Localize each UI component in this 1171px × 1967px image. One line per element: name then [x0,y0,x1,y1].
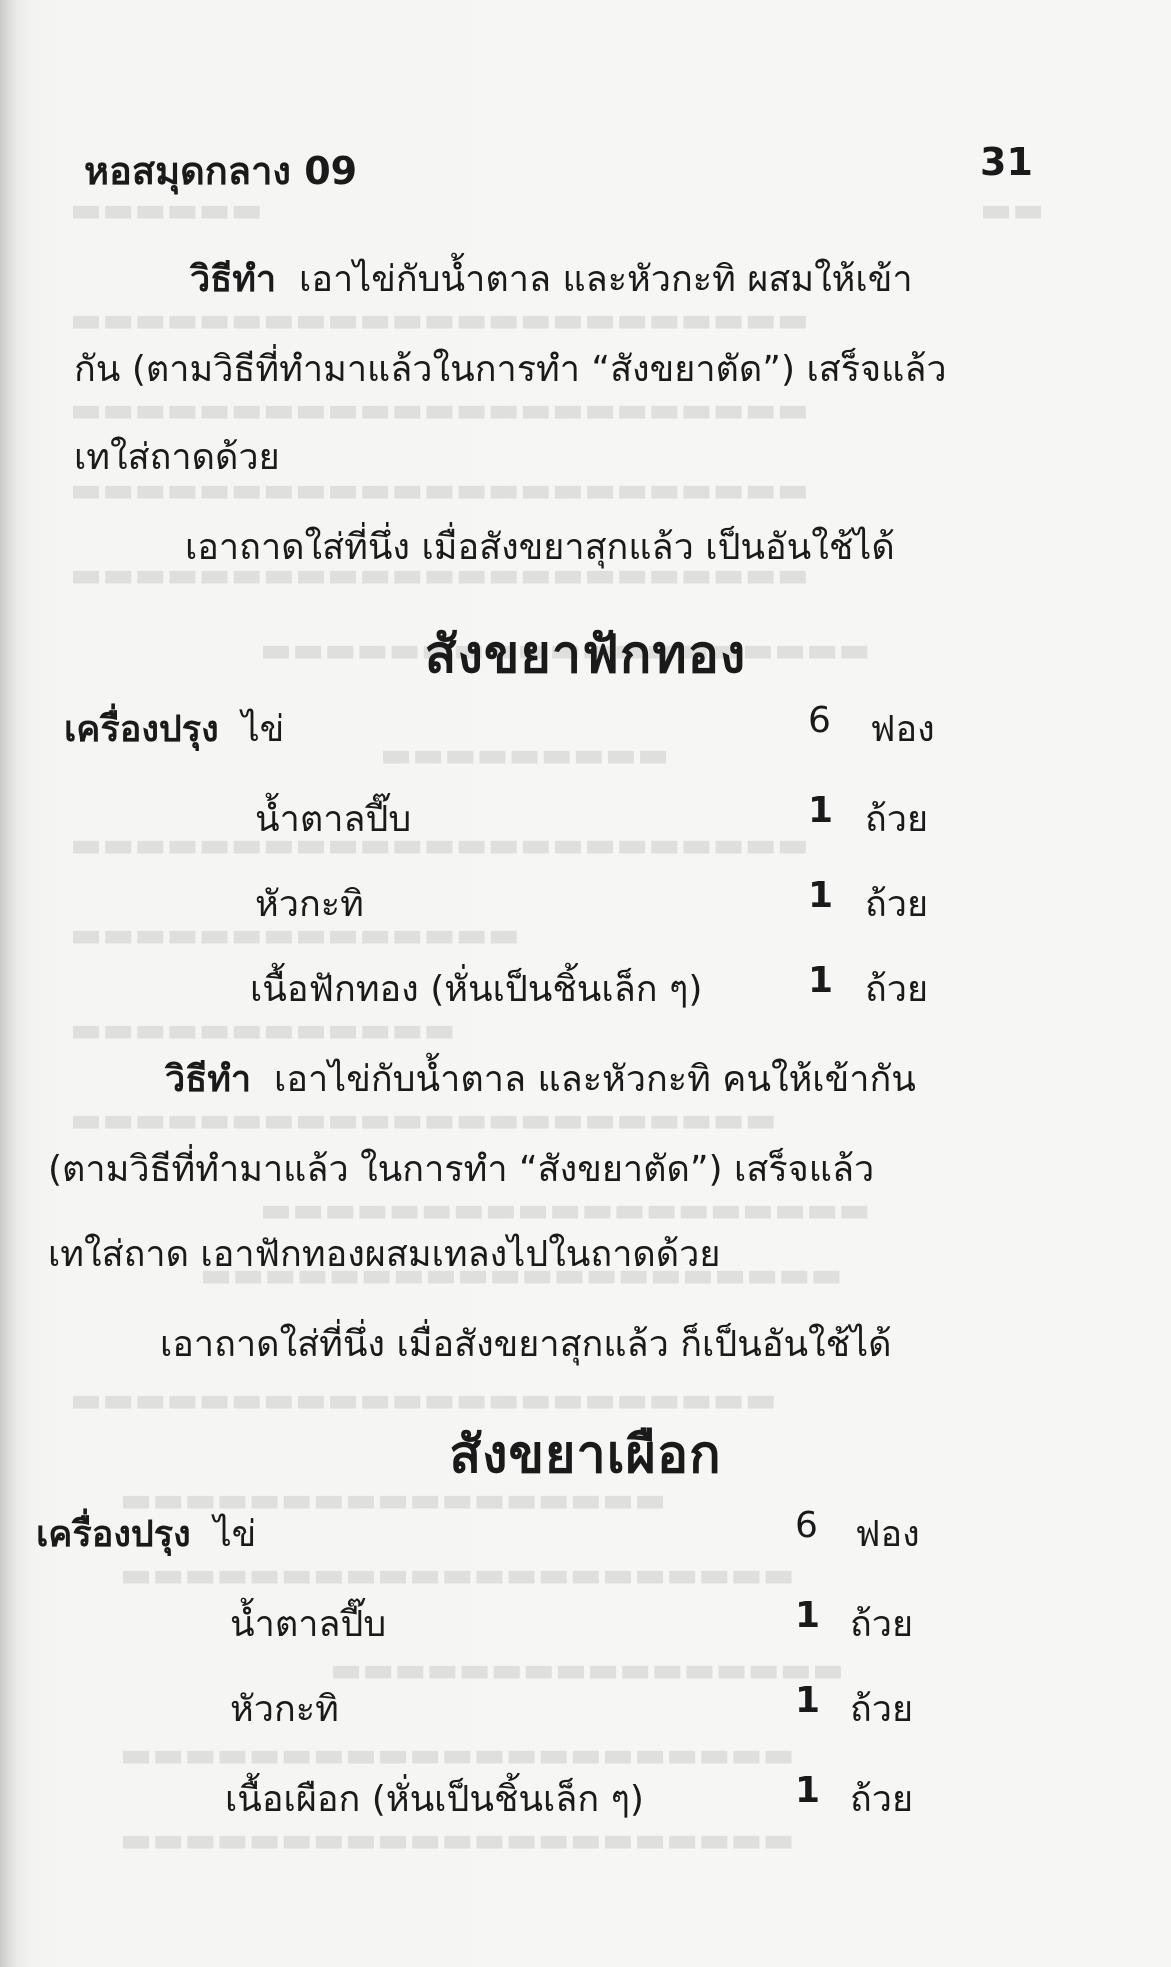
ingredients-label: เครื่องปรุง [64,709,219,750]
method-text-line: เทใส่ถาด เอาฟักทองผสมเทลงไปในถาดด้วย [48,1225,720,1282]
method-label: วิธีทำ [190,259,276,300]
ingredient-qty: 6 [808,700,831,741]
ingredient-name: เนื้อฟักทอง (หั่นเป็นชิ้นเล็ก ๆ) [250,960,702,1017]
ingredient-row: เครื่องปรุง ไข่ [36,1505,256,1562]
ingredient-name: เนื้อเผือก (หั่นเป็นชิ้นเล็ก ๆ) [225,1770,644,1827]
method-paragraph: วิธีทำ เอาไข่กับน้ำตาล และหัวกะทิ ผสมให้… [190,250,913,307]
bleed-through-text: ▬▬▬▬▬▬▬▬▬ [380,735,669,775]
ingredient-unit: ถ้วย [865,790,928,847]
page-number: 31 [980,140,1033,184]
ingredient-unit: ถ้วย [850,1770,913,1827]
running-header: หอสมุดกลาง 09 [84,140,357,201]
method-paragraph: วิธีทำ เอาไข่กับน้ำตาล และหัวกะทิ คนให้เ… [165,1050,916,1107]
method-text: เอาไข่กับน้ำตาล และหัวกะทิ คนให้เข้ากัน [274,1059,916,1100]
ingredient-qty: 1 [808,875,833,916]
ingredient-name: หัวกะทิ [255,875,364,932]
ingredient-unit: ฟอง [870,700,935,757]
ingredient-qty: 1 [808,790,833,831]
ingredient-name: น้ำตาลปี๊บ [230,1595,386,1652]
recipe-title: สังขยาเผือก [0,1412,1171,1495]
ingredient-qty: 1 [795,1770,820,1811]
ingredient-unit: ถ้วย [850,1595,913,1652]
ingredient-unit: ถ้วย [850,1680,913,1737]
method-text-line: (ตามวิธีที่ทำมาแล้ว ในการทำ “สังขยาตัด”)… [48,1140,874,1197]
ingredient-unit: ถ้วย [865,875,928,932]
method-text: เอาไข่กับน้ำตาล และหัวกะทิ ผสมให้เข้า [299,259,913,300]
bleed-through-text: ▬▬▬▬▬▬▬▬▬▬▬▬▬▬▬▬▬▬▬▬▬▬▬ [70,825,809,865]
ingredient-qty: 1 [795,1680,820,1721]
ingredients-label: เครื่องปรุง [36,1514,191,1555]
ingredient-unit: ถ้วย [865,960,928,1017]
ingredient-row: เครื่องปรุง ไข่ [64,700,284,757]
method-label: วิธีทำ [165,1059,251,1100]
recipe-title: สังขยาฟักทอง [0,612,1171,695]
steam-instruction: เอาถาดใส่ที่นึ่ง เมื่อสังขยาสุกแล้ว เป็น… [185,518,895,575]
ingredient-name: ไข่ [242,709,285,750]
steam-instruction: เอาถาดใส่ที่นึ่ง เมื่อสังขยาสุกแล้ว ก็เป… [160,1315,892,1372]
ingredient-name: ไข่ [214,1514,257,1555]
book-page: ▬▬▬▬▬▬ ▬▬ ▬▬▬▬▬▬▬▬▬▬▬▬▬▬▬▬▬▬▬▬▬▬▬ ▬▬▬▬▬▬… [0,0,1171,1967]
ingredient-name: น้ำตาลปี๊บ [255,790,411,847]
method-text-line: กัน (ตามวิธีที่ทำมาแล้วในการทำ “สังขยาตั… [74,340,947,397]
bleed-through-text: ▬▬▬▬▬▬▬▬▬▬▬▬▬▬▬▬ [330,1650,844,1690]
ingredient-qty: 1 [808,960,833,1001]
ingredient-unit: ฟอง [855,1505,920,1562]
method-text-line: เทใส่ถาดด้วย [74,428,280,485]
ingredient-qty: 6 [795,1505,818,1546]
ingredient-name: หัวกะทิ [230,1680,339,1737]
bleed-through-text: ▬▬ [980,190,1044,230]
bleed-through-text: ▬▬▬▬▬▬▬▬▬▬▬▬▬▬▬▬▬▬▬▬▬ [120,1735,795,1775]
ingredient-qty: 1 [795,1595,820,1636]
